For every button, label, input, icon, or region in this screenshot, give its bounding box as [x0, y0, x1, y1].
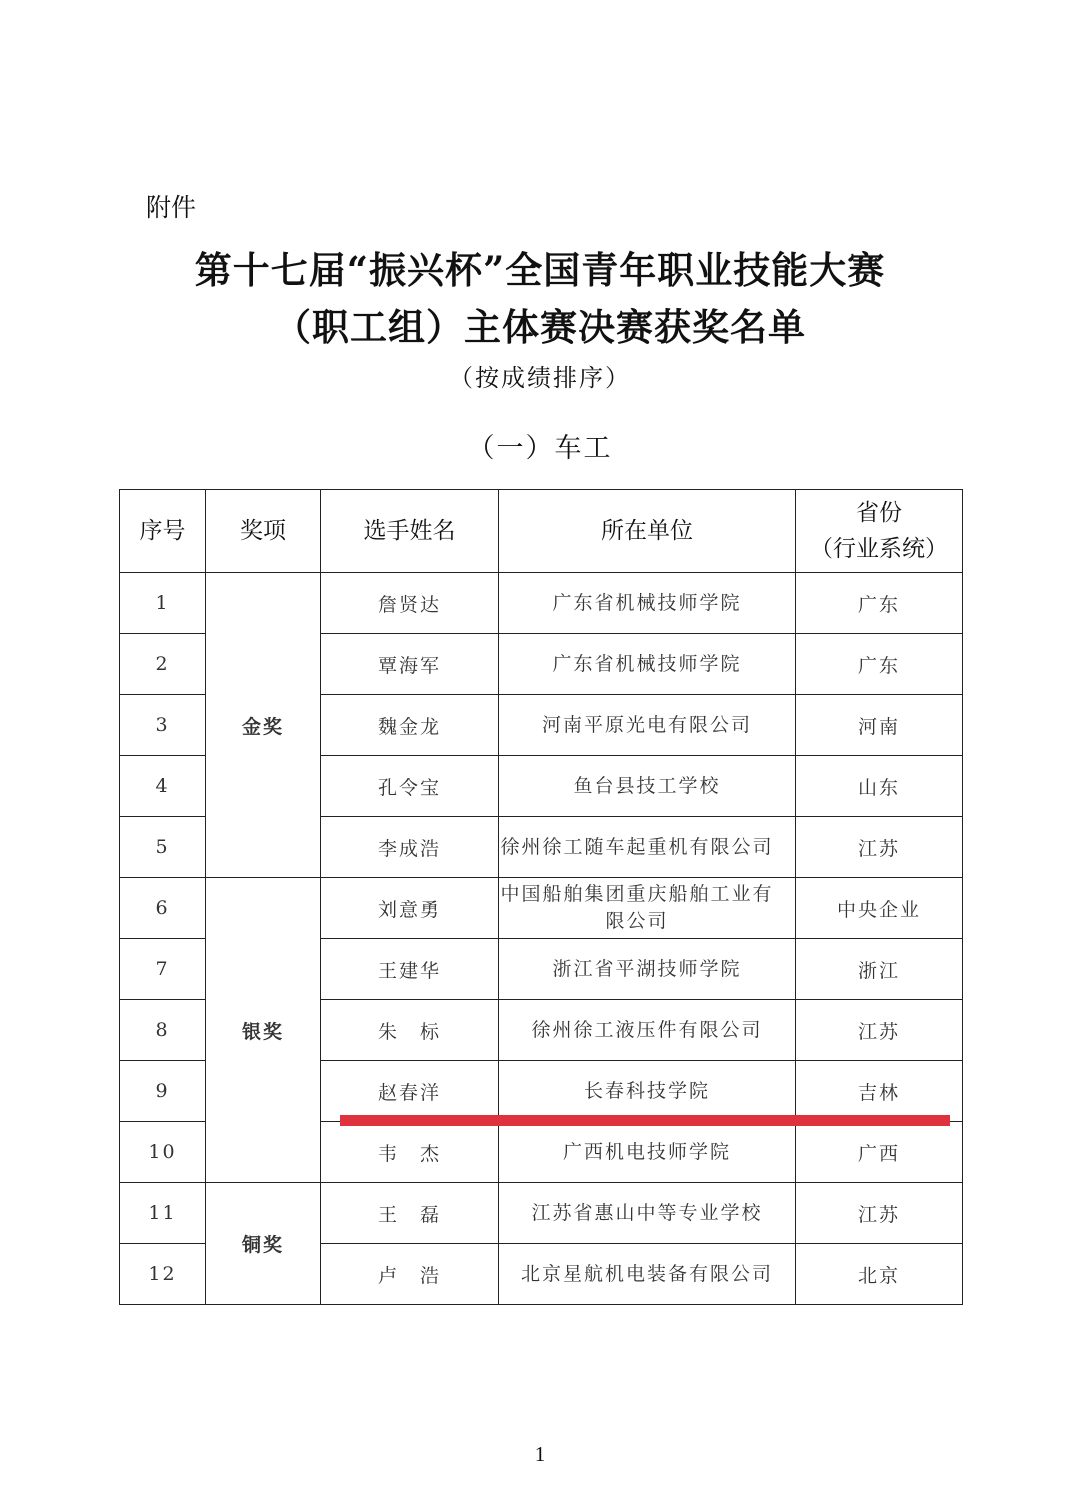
- document-title-line1: 第十七届“振兴杯”全国青年职业技能大赛: [0, 240, 1080, 294]
- cell-province: 江苏: [796, 1183, 963, 1244]
- table-row: 1 金奖 詹贤达 广东省机械技师学院 广东: [120, 573, 963, 634]
- cell-seq: 5: [120, 817, 206, 878]
- cell-name: 韦 杰: [321, 1122, 499, 1183]
- header-name: 选手姓名: [321, 490, 499, 573]
- cell-unit: 广东省机械技师学院: [499, 573, 796, 634]
- cell-unit: 徐州徐工随车起重机有限公司: [499, 817, 796, 878]
- header-award: 奖项: [206, 490, 321, 573]
- cell-province: 广东: [796, 634, 963, 695]
- cell-name: 覃海军: [321, 634, 499, 695]
- cell-province: 江苏: [796, 1000, 963, 1061]
- page-number: 1: [0, 1442, 1080, 1467]
- cell-unit: 北京星航机电装备有限公司: [499, 1244, 796, 1305]
- header-seq: 序号: [120, 490, 206, 573]
- document-title-line2: （职工组）主体赛决赛获奖名单: [0, 297, 1080, 351]
- table-row: 6 银奖 刘意勇 中国船舶集团重庆船舶工业有限公司 中央企业: [120, 878, 963, 939]
- cell-unit: 河南平原光电有限公司: [499, 695, 796, 756]
- cell-name: 赵春洋: [321, 1061, 499, 1122]
- cell-seq: 3: [120, 695, 206, 756]
- cell-name: 詹贤达: [321, 573, 499, 634]
- cell-seq: 7: [120, 939, 206, 1000]
- header-province-line1: 省份: [856, 500, 902, 526]
- awards-table: 序号 奖项 选手姓名 所在单位 省份（行业系统） 1 金奖 詹贤达 广东省机械技…: [119, 489, 963, 1305]
- cell-seq: 8: [120, 1000, 206, 1061]
- red-highlight-underline: [340, 1115, 950, 1126]
- document-subtitle: （按成绩排序）: [0, 358, 1080, 393]
- cell-seq: 9: [120, 1061, 206, 1122]
- cell-province: 浙江: [796, 939, 963, 1000]
- table-header-row: 序号 奖项 选手姓名 所在单位 省份（行业系统）: [120, 490, 963, 573]
- cell-name: 李成浩: [321, 817, 499, 878]
- award-bronze: 铜奖: [206, 1183, 321, 1305]
- cell-province: 山东: [796, 756, 963, 817]
- cell-seq: 6: [120, 878, 206, 939]
- cell-seq: 12: [120, 1244, 206, 1305]
- cell-name: 孔令宝: [321, 756, 499, 817]
- cell-name: 魏金龙: [321, 695, 499, 756]
- attachment-label: 附件: [146, 188, 196, 224]
- cell-unit: 鱼台县技工学校: [499, 756, 796, 817]
- table-row: 11 铜奖 王 磊 江苏省惠山中等专业学校 江苏: [120, 1183, 963, 1244]
- cell-unit: 中国船舶集团重庆船舶工业有限公司: [499, 878, 796, 939]
- section-title: （一）车工: [0, 426, 1080, 465]
- cell-province: 吉林: [796, 1061, 963, 1122]
- cell-name: 王建华: [321, 939, 499, 1000]
- cell-unit: 江苏省惠山中等专业学校: [499, 1183, 796, 1244]
- award-gold: 金奖: [206, 573, 321, 878]
- cell-seq: 10: [120, 1122, 206, 1183]
- cell-seq: 2: [120, 634, 206, 695]
- cell-province: 北京: [796, 1244, 963, 1305]
- header-unit: 所在单位: [499, 490, 796, 573]
- cell-name: 卢 浩: [321, 1244, 499, 1305]
- cell-province: 中央企业: [796, 878, 963, 939]
- cell-province: 江苏: [796, 817, 963, 878]
- cell-name: 朱 标: [321, 1000, 499, 1061]
- cell-unit: 长春科技学院: [499, 1061, 796, 1122]
- cell-province: 广东: [796, 573, 963, 634]
- cell-unit: 广西机电技师学院: [499, 1122, 796, 1183]
- cell-seq: 11: [120, 1183, 206, 1244]
- cell-seq: 4: [120, 756, 206, 817]
- header-province: 省份（行业系统）: [796, 490, 963, 573]
- cell-unit: 浙江省平湖技师学院: [499, 939, 796, 1000]
- cell-province: 河南: [796, 695, 963, 756]
- cell-seq: 1: [120, 573, 206, 634]
- award-silver: 银奖: [206, 878, 321, 1183]
- cell-unit: 徐州徐工液压件有限公司: [499, 1000, 796, 1061]
- cell-name: 刘意勇: [321, 878, 499, 939]
- cell-name: 王 磊: [321, 1183, 499, 1244]
- cell-unit: 广东省机械技师学院: [499, 634, 796, 695]
- header-province-line2: （行业系统）: [810, 536, 948, 562]
- cell-province: 广西: [796, 1122, 963, 1183]
